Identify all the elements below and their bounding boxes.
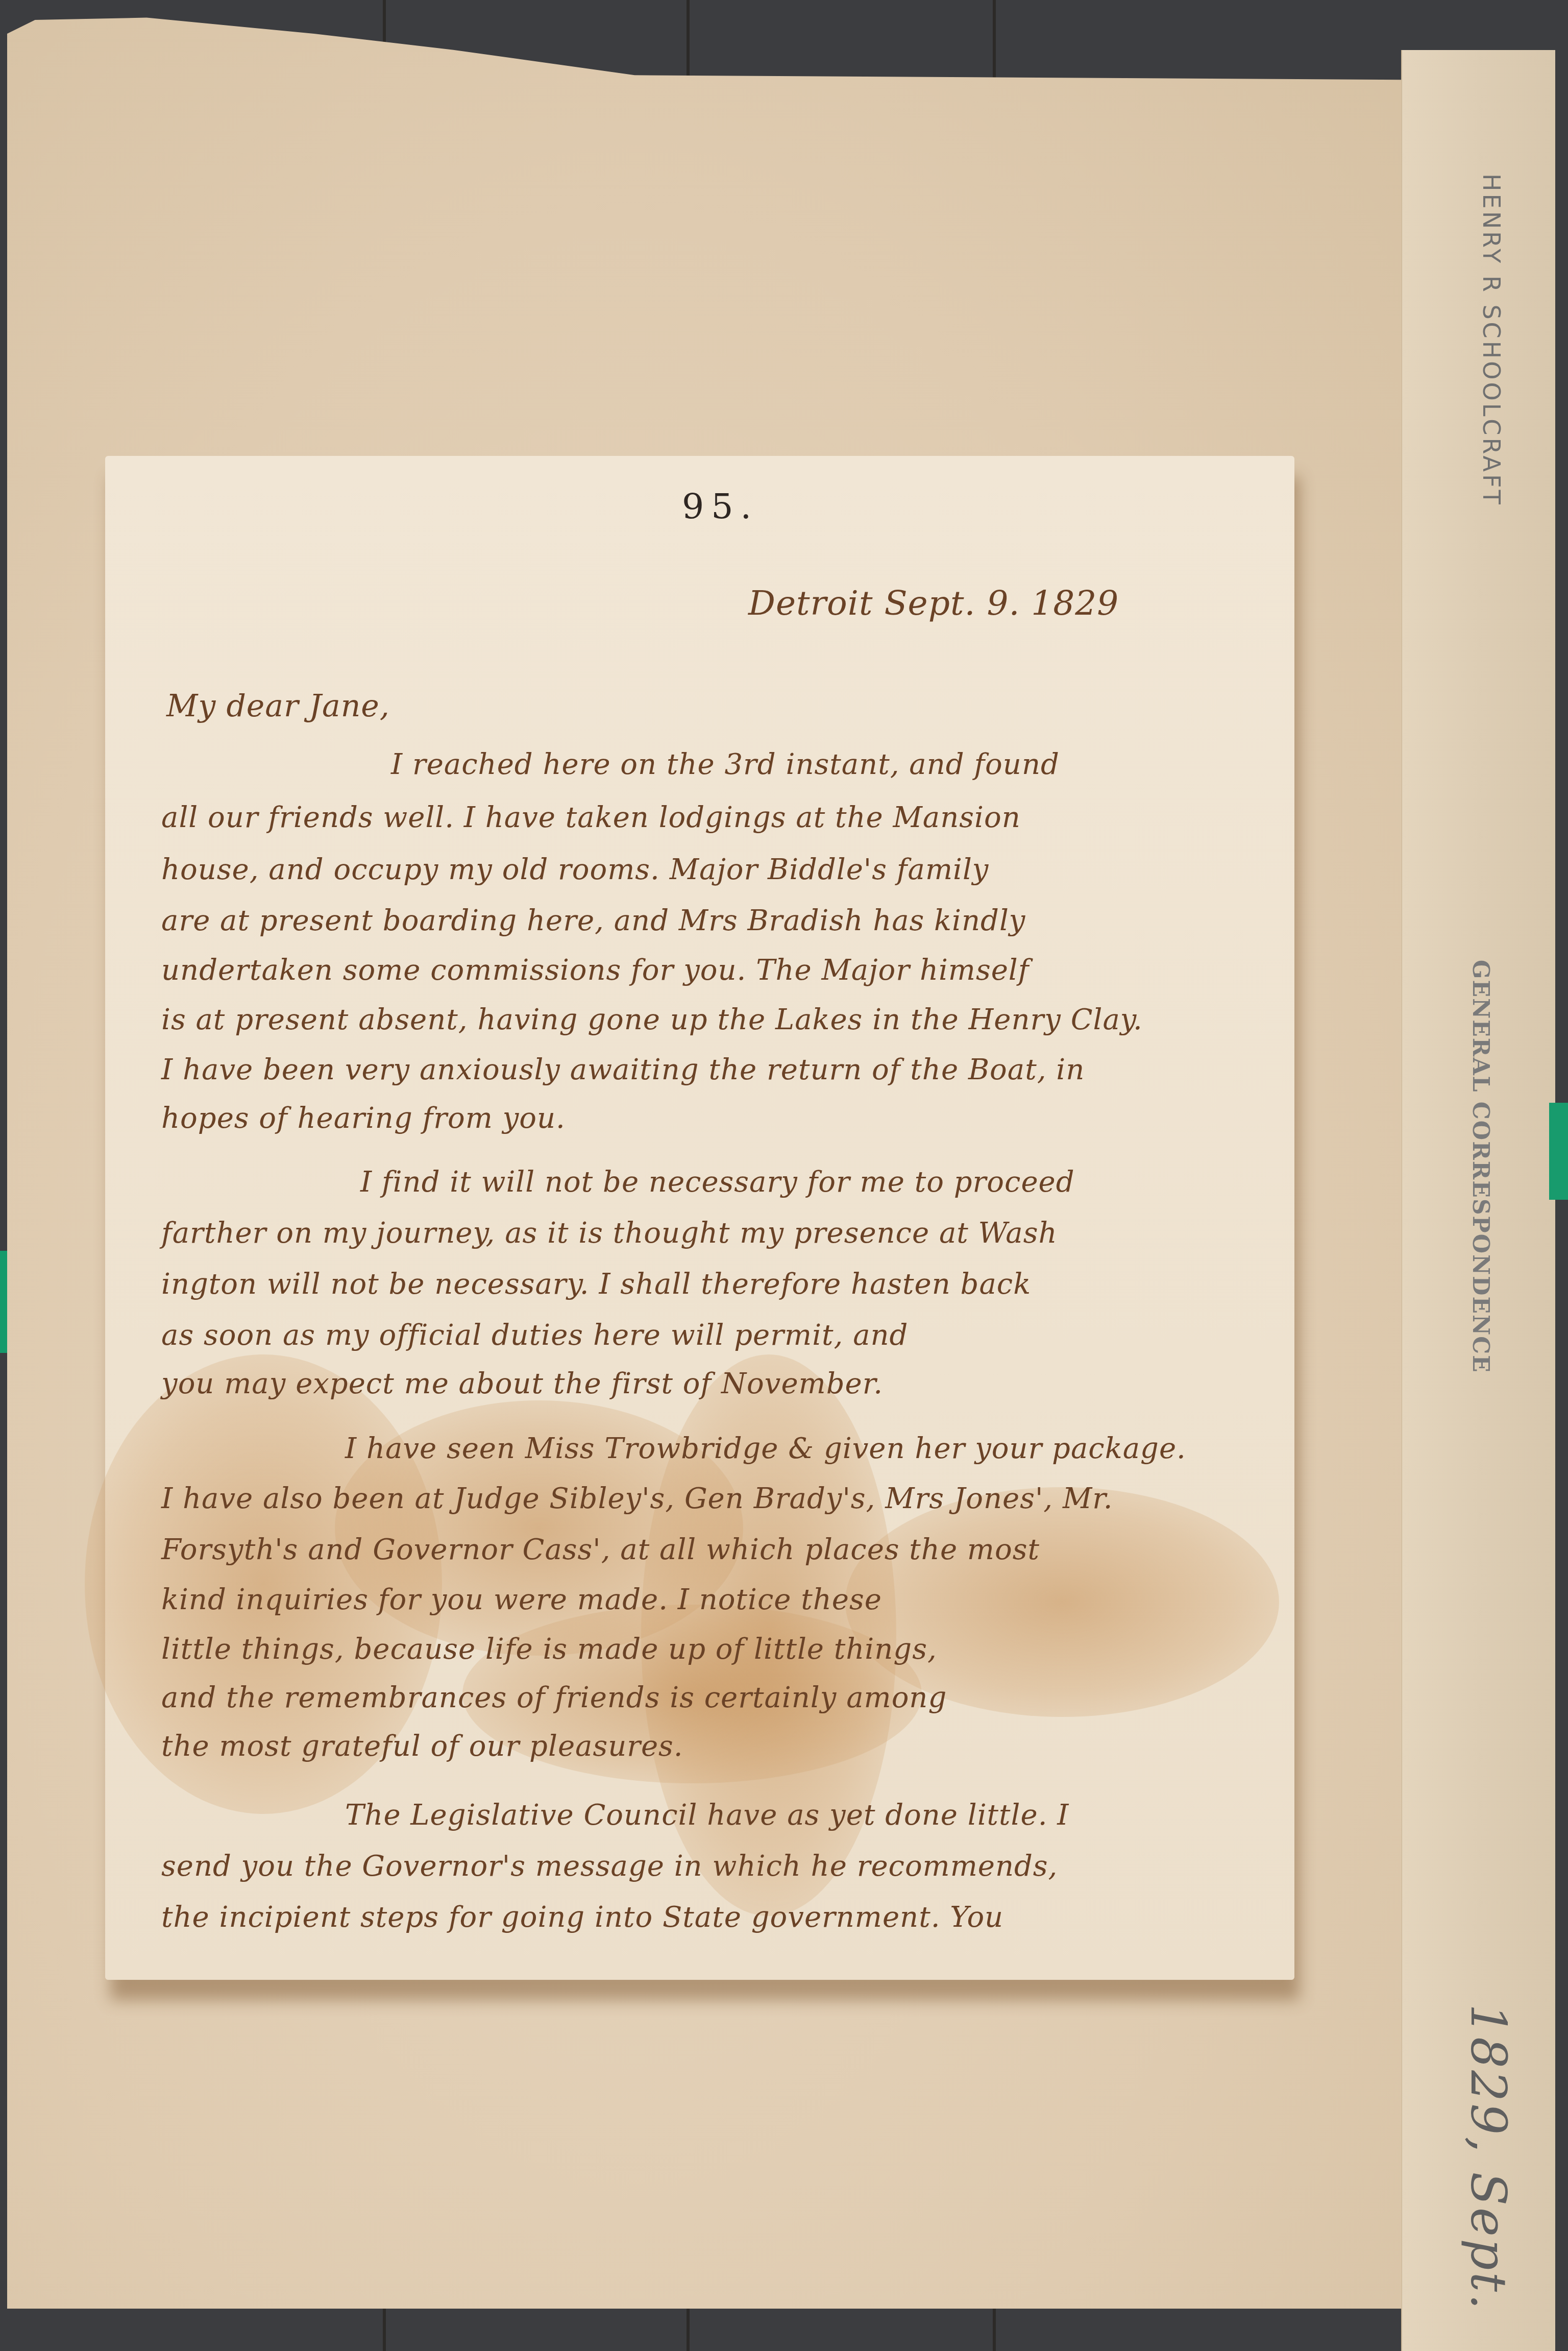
letter-salutation: My dear Jane, [166, 688, 390, 724]
letter-line: all our friends well. I have taken lodgi… [161, 801, 1021, 834]
letter-line: as soon as my official duties here will … [161, 1319, 908, 1352]
letter-line: are at present boarding here, and Mrs Br… [161, 904, 1025, 937]
letter-line: you may expect me about the first of Nov… [161, 1367, 883, 1400]
letter-line: farther on my journey, as it is thought … [161, 1217, 1058, 1250]
letter-line: kind inquiries for you were made. I noti… [161, 1583, 882, 1616]
letter-line: undertaken some commissions for you. The… [161, 954, 1029, 987]
letter-line: Forsyth's and Governor Cass', at all whi… [161, 1533, 1040, 1566]
letter-line: little things, because life is made up o… [161, 1633, 937, 1666]
letter-line: the most grateful of our pleasures. [161, 1730, 683, 1763]
page-number: 95. [682, 487, 758, 527]
letter-dateline: Detroit Sept. 9. 1829 [748, 584, 1119, 623]
letter-line: I have also been at Judge Sibley's, Gen … [161, 1482, 1113, 1515]
series-stamp: GENERAL CORRESPONDENCE [1467, 960, 1493, 1373]
letter-line: I reached here on the 3rd instant, and f… [391, 748, 1060, 781]
letter-line: and the remembrances of friends is certa… [161, 1681, 947, 1714]
letter-line: is at present absent, having gone up the… [161, 1003, 1143, 1036]
letter-line: I have been very anxiously awaiting the … [161, 1053, 1085, 1086]
letter-line: house, and occupy my old rooms. Major Bi… [161, 853, 989, 886]
letter-line: send you the Governor's message in which… [161, 1850, 1058, 1883]
letter-line: the incipient steps for going into State… [161, 1901, 1003, 1934]
letter-line: ington will not be necessary. I shall th… [161, 1268, 1031, 1301]
letter-line: hopes of hearing from you. [161, 1102, 566, 1135]
manuscript-letter: 95. Detroit Sept. 9. 1829 My dear Jane, … [105, 456, 1294, 1980]
letter-line: I find it will not be necessary for me t… [360, 1166, 1075, 1199]
letter-line: The Legislative Council have as yet done… [345, 1799, 1069, 1832]
collection-name-stamp: HENRY R SCHOOLCRAFT [1478, 174, 1505, 507]
date-annotation: 1829, Sept. [1460, 2004, 1517, 2311]
color-tab-right [1549, 1103, 1568, 1200]
letter-line: I have seen Miss Trowbridge & given her … [345, 1432, 1186, 1465]
